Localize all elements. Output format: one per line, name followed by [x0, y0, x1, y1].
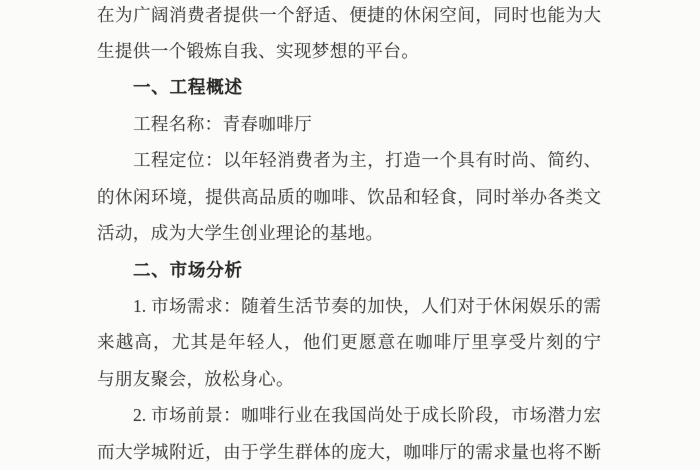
text-line: 2. 市场前景：咖啡行业在我国尚处于成长阶段，市场潜力宏大。	[97, 397, 601, 433]
document-text-block: 在为广阔消费者提供一个舒适、便捷的休闲空间，同时也能为大学生提供一个锻炼自我、实…	[97, 0, 601, 470]
text-line: 而大学城附近，由于学生群体的庞大，咖啡厅的需求量也将不断扩	[97, 434, 601, 470]
text-line: 1. 市场需求：随着生活节奏的加快，人们对于休闲娱乐的需求越	[97, 288, 601, 324]
text-line: 工程定位：以年轻消费者为主，打造一个具有时尚、简约、舒适	[97, 142, 601, 178]
section-heading: 二、市场分析	[97, 252, 601, 288]
text-line: 活动，成为大学生创业理论的基地。	[97, 215, 601, 251]
text-line: 生提供一个锻炼自我、实现梦想的平台。	[97, 33, 601, 69]
text-line: 在为广阔消费者提供一个舒适、便捷的休闲空间，同时也能为大学	[97, 0, 601, 33]
text-line: 与朋友聚会，放松身心。	[97, 361, 601, 397]
text-line: 的休闲环境，提供高品质的咖啡、饮品和轻食，同时举办各类文化	[97, 179, 601, 215]
text-line: 工程名称：青春咖啡厅	[97, 106, 601, 142]
text-line: 来越高，尤其是年轻人，他们更愿意在咖啡厅里享受片刻的宁静，	[97, 324, 601, 360]
section-heading: 一、工程概述	[97, 69, 601, 105]
document-page: 在为广阔消费者提供一个舒适、便捷的休闲空间，同时也能为大学生提供一个锻炼自我、实…	[0, 0, 700, 470]
